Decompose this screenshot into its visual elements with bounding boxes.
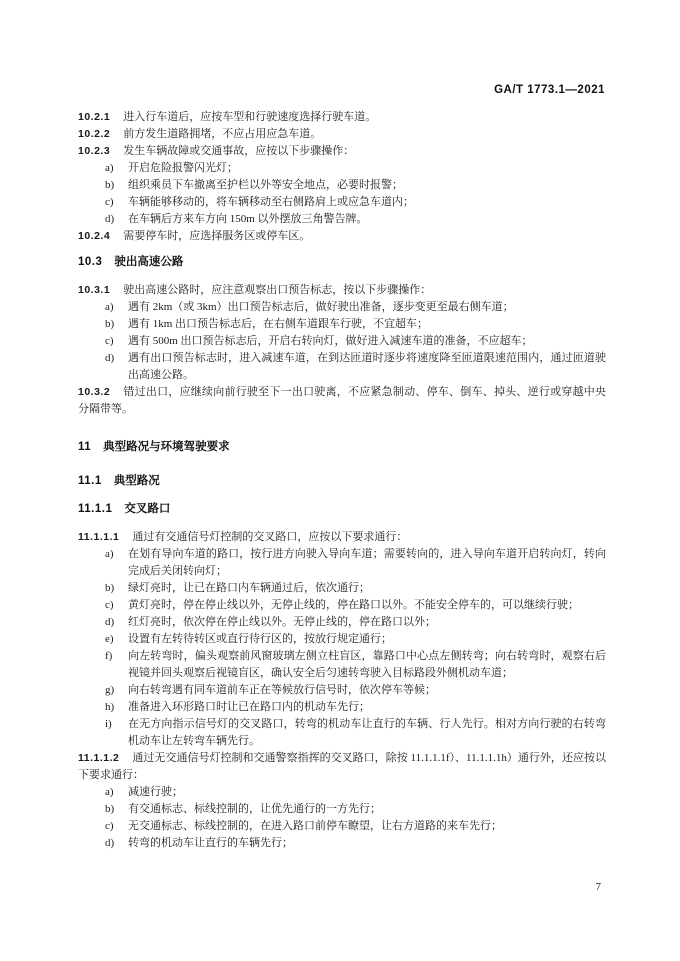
list-item-label: c)	[105, 194, 114, 211]
list-item: b)组织乘员下车撤离至护栏以外等安全地点，必要时报警；	[78, 177, 606, 194]
list-item: c)黄灯亮时，停在停止线以外，无停止线的，停在路口以外。不能安全停车的，可以继续…	[78, 597, 606, 614]
list-item: h)准备进入环形路口时让已在路口内的机动车先行；	[78, 699, 606, 716]
clause-paragraph: 10.2.4需要停车时，应选择服务区或停车区。	[78, 228, 606, 245]
list-item-label: e)	[105, 631, 114, 648]
list-item-label: a)	[105, 546, 114, 563]
list-item-text: 车辆能够移动的，将车辆移动至右侧路肩上或应急车道内；	[128, 196, 414, 208]
clause-number: 10.2.3	[78, 145, 110, 157]
list-item-label: b)	[105, 177, 114, 194]
document-content: 10.2.1进入行车道后，应按车型和行驶速度选择行驶车道。10.2.2前方发生道…	[78, 109, 606, 852]
list-item-text: 减速行驶；	[128, 786, 183, 798]
clause-number: 10.3.2	[78, 386, 110, 398]
page-number: 7	[596, 881, 602, 893]
clause-paragraph: 11.1.1.1通过有交通信号灯控制的交叉路口，应按以下要求通行：	[78, 529, 606, 546]
list-item-text: 准备进入环形路口时让已在路口内的机动车先行；	[128, 701, 370, 713]
list-item-label: a)	[105, 160, 114, 177]
list-item-text: 组织乘员下车撤离至护栏以外等安全地点，必要时报警；	[128, 179, 403, 191]
list-item: e)设置有左转待转区或直行待行区的，按放行规定通行；	[78, 631, 606, 648]
list-item-text: 开启危险报警闪光灯；	[128, 162, 238, 174]
list-item-label: c)	[105, 818, 114, 835]
clause-text: 发生车辆故障或交通事故，应按以下步骤操作：	[123, 145, 354, 157]
list-item-label: d)	[105, 350, 114, 367]
list-item-text: 遇有 2km（或 3km）出口预告标志后，做好驶出准备，逐步变更至最右侧车道；	[128, 301, 514, 313]
heading-text: 交叉路口	[124, 503, 170, 515]
list-item-label: d)	[105, 835, 114, 852]
list-item-text: 在无方向指示信号灯的交叉路口，转弯的机动车让直行的车辆、行人先行。相对方向行驶的…	[128, 718, 606, 747]
list-item-text: 遇有出口预告标志时，进入减速车道，在到达匝道时逐步将速度降至匝道限速范围内，通过…	[128, 352, 606, 381]
list-item-label: h)	[105, 699, 114, 716]
standard-code: GA/T 1773.1—2021	[494, 84, 605, 96]
list-item-label: a)	[105, 299, 114, 316]
list-item: b)遇有 1km 出口预告标志后，在右侧车道跟车行驶，不宜超车；	[78, 316, 606, 333]
list-item-label: g)	[105, 682, 114, 699]
section-heading: 10.3驶出高速公路	[78, 254, 606, 271]
list-item-text: 黄灯亮时，停在停止线以外，无停止线的，停在路口以外。不能安全停车的，可以继续行驶…	[128, 599, 579, 611]
clause-number: 10.2.4	[78, 230, 110, 242]
clause-paragraph: 10.2.1进入行车道后，应按车型和行驶速度选择行驶车道。	[78, 109, 606, 126]
clause-paragraph: 10.2.2前方发生道路拥堵，不应占用应急车道。	[78, 126, 606, 143]
clause-text: 通过有交通信号灯控制的交叉路口，应按以下要求通行：	[132, 531, 407, 543]
list-item: c)遇有 500m 出口预告标志后，开启右转向灯，做好进入减速车道的准备，不应超…	[78, 333, 606, 350]
list-item-text: 遇有 1km 出口预告标志后，在右侧车道跟车行驶，不宜超车；	[128, 318, 428, 330]
heading-number: 11	[78, 441, 91, 453]
list-item: g)向右转弯遇有同车道前车正在等候放行信号时，依次停车等候；	[78, 682, 606, 699]
clause-text: 错过出口，应继续向前行驶至下一出口驶离，不应紧急制动、停车、倒车、掉头、逆行或穿…	[78, 386, 606, 415]
list-item-label: a)	[105, 784, 114, 801]
list-item-label: b)	[105, 316, 114, 333]
clause-number: 10.3.1	[78, 284, 110, 296]
list-item-text: 遇有 500m 出口预告标志后，开启右转向灯，做好进入减速车道的准备，不应超车；	[128, 335, 533, 347]
list-item: a)减速行驶；	[78, 784, 606, 801]
list-item-text: 有交通标志、标线控制的，让优先通行的一方先行；	[128, 803, 381, 815]
section-heading: 11.1典型路况	[78, 473, 606, 490]
list-item: a)遇有 2km（或 3km）出口预告标志后，做好驶出准备，逐步变更至最右侧车道…	[78, 299, 606, 316]
clause-number: 10.2.1	[78, 111, 110, 123]
clause-number: 11.1.1.2	[78, 752, 119, 764]
list-item: b)有交通标志、标线控制的，让优先通行的一方先行；	[78, 801, 606, 818]
list-item: d)转弯的机动车让直行的车辆先行；	[78, 835, 606, 852]
list-item: c)车辆能够移动的，将车辆移动至右侧路肩上或应急车道内；	[78, 194, 606, 211]
section-heading: 11典型路况与环境驾驶要求	[78, 439, 606, 456]
heading-text: 典型路况	[114, 475, 160, 487]
list-item: a)在划有导向车道的路口，按行进方向驶入导向车道；需要转向的，进入导向车道开启转…	[78, 546, 606, 580]
list-item-label: b)	[105, 580, 114, 597]
list-item-label: b)	[105, 801, 114, 818]
list-item-label: c)	[105, 597, 114, 614]
list-item: a)开启危险报警闪光灯；	[78, 160, 606, 177]
list-item-text: 在车辆后方来车方向 150m 以外摆放三角警告牌。	[128, 213, 368, 225]
list-item: d)红灯亮时，依次停在停止线以外。无停止线的，停在路口以外；	[78, 614, 606, 631]
list-item-text: 在划有导向车道的路口，按行进方向驶入导向车道；需要转向的，进入导向车道开启转向灯…	[128, 548, 606, 577]
clause-paragraph: 10.3.2错过出口，应继续向前行驶至下一出口驶离，不应紧急制动、停车、倒车、掉…	[78, 384, 606, 418]
list-item-text: 红灯亮时，依次停在停止线以外。无停止线的，停在路口以外；	[128, 616, 436, 628]
clause-text: 驶出高速公路时，应注意观察出口预告标志，按以下步骤操作：	[123, 284, 431, 296]
clause-text: 通过无交通信号灯控制和交通警察指挥的交叉路口，除按 11.1.1.1f）、11.…	[78, 752, 606, 781]
list-item-label: c)	[105, 333, 114, 350]
section-heading: 11.1.1交叉路口	[78, 501, 606, 518]
list-item: f)向左转弯时，偏头观察前风窗玻璃左侧立柱盲区，靠路口中心点左侧转弯；向右转弯时…	[78, 648, 606, 682]
list-item-text: 向左转弯时，偏头观察前风窗玻璃左侧立柱盲区，靠路口中心点左侧转弯；向右转弯时，观…	[128, 650, 606, 679]
list-item-text: 无交通标志、标线控制的，在进入路口前停车瞭望，让右方道路的来车先行；	[128, 820, 502, 832]
clause-text: 进入行车道后，应按车型和行驶速度选择行驶车道。	[123, 111, 376, 123]
list-item: c)无交通标志、标线控制的，在进入路口前停车瞭望，让右方道路的来车先行；	[78, 818, 606, 835]
heading-number: 11.1	[78, 475, 102, 487]
heading-number: 11.1.1	[78, 503, 112, 515]
document-page: GA/T 1773.1—2021 10.2.1进入行车道后，应按车型和行驶速度选…	[0, 0, 680, 961]
clause-paragraph: 10.2.3发生车辆故障或交通事故，应按以下步骤操作：	[78, 143, 606, 160]
list-item: d)在车辆后方来车方向 150m 以外摆放三角警告牌。	[78, 211, 606, 228]
clause-paragraph: 11.1.1.2通过无交通信号灯控制和交通警察指挥的交叉路口，除按 11.1.1…	[78, 750, 606, 784]
list-item-text: 向右转弯遇有同车道前车正在等候放行信号时，依次停车等候；	[128, 684, 436, 696]
clause-number: 10.2.2	[78, 128, 110, 140]
clause-paragraph: 10.3.1驶出高速公路时，应注意观察出口预告标志，按以下步骤操作：	[78, 282, 606, 299]
list-item-text: 转弯的机动车让直行的车辆先行；	[128, 837, 293, 849]
list-item-label: i)	[105, 716, 112, 733]
heading-text: 驶出高速公路	[114, 256, 183, 268]
list-item-text: 绿灯亮时，让已在路口内车辆通过后，依次通行；	[128, 582, 370, 594]
clause-number: 11.1.1.1	[78, 531, 119, 543]
list-item-label: d)	[105, 211, 114, 228]
list-item-text: 设置有左转待转区或直行待行区的，按放行规定通行；	[128, 633, 392, 645]
list-item: b)绿灯亮时，让已在路口内车辆通过后，依次通行；	[78, 580, 606, 597]
heading-number: 10.3	[78, 256, 102, 268]
list-item: d)遇有出口预告标志时，进入减速车道，在到达匝道时逐步将速度降至匝道限速范围内，…	[78, 350, 606, 384]
list-item: i)在无方向指示信号灯的交叉路口，转弯的机动车让直行的车辆、行人先行。相对方向行…	[78, 716, 606, 750]
clause-text: 前方发生道路拥堵，不应占用应急车道。	[123, 128, 321, 140]
heading-text: 典型路况与环境驾驶要求	[103, 441, 230, 453]
list-item-label: d)	[105, 614, 114, 631]
list-item-label: f)	[105, 648, 112, 665]
clause-text: 需要停车时，应选择服务区或停车区。	[123, 230, 310, 242]
